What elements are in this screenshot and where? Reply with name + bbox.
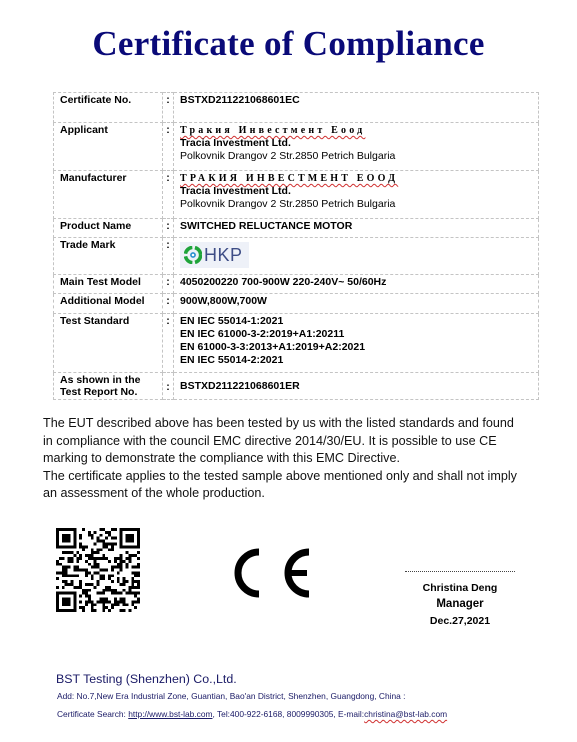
colon: : [163, 314, 174, 373]
applicant-name-latin: Tracia Investment Ltd. [180, 137, 538, 150]
search-label: Certificate Search: [57, 709, 128, 719]
row-test-report: As shown in the Test Report No. : BSTXD2… [54, 373, 539, 400]
row-certificate-no: Certificate No. : BSTXD211221068601EC [54, 93, 539, 123]
colon-text: : [166, 381, 170, 393]
manufacturer-address: Polkovnik Drangov 2 Str.2850 Petrich Bul… [180, 198, 538, 211]
main-test-model-value: 4050200220 700-900W 220-240V~ 50/60Hz [174, 275, 539, 294]
additional-model-label: Additional Model [54, 294, 163, 314]
signature-line [405, 571, 515, 572]
signature-block: Christina Deng Manager Dec.27,2021 [400, 571, 520, 629]
colon: : [163, 275, 174, 294]
certificate-details-table: Certificate No. : BSTXD211221068601EC Ap… [53, 92, 539, 400]
test-standard-item: EN IEC 55014-1:2021 [180, 315, 538, 328]
test-standard-values: EN IEC 55014-1:2021 EN IEC 61000-3-2:201… [174, 314, 539, 373]
row-product-name: Product Name : SWITCHED RELUCTANCE MOTOR [54, 219, 539, 238]
certificate-search-line: Certificate Search: http://www.bst-lab.c… [57, 709, 447, 719]
colon: : [163, 373, 174, 400]
manufacturer-label: Manufacturer [54, 171, 163, 219]
statement-line: an assessment of the whole production. [43, 485, 553, 503]
test-report-label: As shown in the Test Report No. [54, 373, 163, 400]
qr-code-icon [56, 528, 140, 612]
test-report-label-line2: Test Report No. [60, 386, 162, 398]
company-name: BST Testing (Shenzhen) Co.,Ltd. [56, 672, 237, 686]
website-link[interactable]: http://www.bst-lab.com [128, 709, 212, 719]
company-address: Add: No.7,New Era Industrial Zone, Guant… [57, 691, 405, 701]
applicant-value: Тракия Инвестмент Еоод Tracia Investment… [174, 123, 539, 171]
trade-mark-value: HKP [174, 238, 539, 275]
compliance-statement: The EUT described above has been tested … [43, 415, 553, 503]
trade-mark-label: Trade Mark [54, 238, 163, 275]
row-trade-mark: Trade Mark : HKP [54, 238, 539, 275]
contact-text: , Tel:400-922-6168, 8009990305, E-mail: [212, 709, 364, 719]
main-test-model-label: Main Test Model [54, 275, 163, 294]
row-additional-model: Additional Model : 900W,800W,700W [54, 294, 539, 314]
product-name-label: Product Name [54, 219, 163, 238]
statement-line: The certificate applies to the tested sa… [43, 468, 553, 486]
trade-mark-logo: HKP [180, 242, 249, 268]
test-report-label-line1: As shown in the [60, 374, 162, 386]
test-report-number: BSTXD211221068601ER [180, 380, 300, 392]
row-applicant: Applicant : Тракия Инвестмент Еоод Traci… [54, 123, 539, 171]
colon: : [163, 123, 174, 171]
applicant-address: Polkovnik Drangov 2 Str.2850 Petrich Bul… [180, 150, 538, 163]
test-standard-item: EN 61000-3-3:2013+A1:2019+A2:2021 [180, 341, 538, 354]
manufacturer-name-latin: Tracia Investment Ltd. [180, 185, 538, 198]
certificate-no-value: BSTXD211221068601EC [174, 93, 539, 123]
colon: : [163, 219, 174, 238]
row-manufacturer: Manufacturer : ТРАКИЯ ИНВЕСТМЕНТ ЕООД Tr… [54, 171, 539, 219]
signatory-role: Manager [400, 596, 520, 613]
statement-line: in compliance with the council EMC direc… [43, 433, 553, 451]
page-title: Certificate of Compliance [0, 24, 577, 64]
trade-mark-logo-text: HKP [204, 249, 243, 262]
signatory-name: Christina Deng [400, 580, 520, 596]
additional-model-value: 900W,800W,700W [174, 294, 539, 314]
colon: : [163, 171, 174, 219]
test-report-value: BSTXD211221068601ER [174, 373, 539, 400]
email-link[interactable]: christina@bst-lab.com [364, 709, 447, 719]
certificate-no-label: Certificate No. [54, 93, 163, 123]
test-standard-item: EN IEC 61000-3-2:2019+A1:20211 [180, 328, 538, 341]
colon: : [163, 93, 174, 123]
applicant-label: Applicant [54, 123, 163, 171]
row-main-test-model: Main Test Model : 4050200220 700-900W 22… [54, 275, 539, 294]
row-test-standard: Test Standard : EN IEC 55014-1:2021 EN I… [54, 314, 539, 373]
colon: : [163, 238, 174, 275]
manufacturer-name-cyrillic: ТРАКИЯ ИНВЕСТМЕНТ ЕООД [180, 172, 538, 185]
green-swirl-logo-icon [184, 246, 202, 264]
ce-mark-icon [225, 548, 311, 598]
statement-line: The EUT described above has been tested … [43, 415, 553, 433]
manufacturer-value: ТРАКИЯ ИНВЕСТМЕНТ ЕООД Tracia Investment… [174, 171, 539, 219]
statement-line: marking to demonstrate the compliance wi… [43, 450, 553, 468]
product-name-value: SWITCHED RELUCTANCE MOTOR [174, 219, 539, 238]
applicant-name-cyrillic: Тракия Инвестмент Еоод [180, 124, 538, 137]
test-standard-item: EN IEC 55014-2:2021 [180, 354, 538, 367]
colon: : [163, 294, 174, 314]
signature-date: Dec.27,2021 [400, 613, 520, 629]
test-standard-label: Test Standard [54, 314, 163, 373]
